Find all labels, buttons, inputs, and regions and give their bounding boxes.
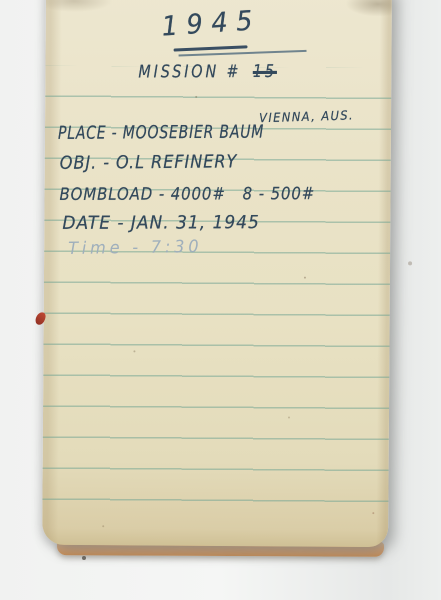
notebook-page: 1945 MISSION #15 VIENNA, AUS. PLACE - MO… bbox=[42, 0, 392, 547]
notebook-scan: 1945 MISSION #15 VIENNA, AUS. PLACE - MO… bbox=[0, 0, 441, 600]
mission-line: MISSION #15 bbox=[138, 62, 276, 83]
entry-date: DATE - JAN. 31, 1945 bbox=[62, 212, 260, 234]
bottom-speck bbox=[82, 556, 86, 560]
year-underline-secondary bbox=[179, 50, 307, 56]
entry-time-faded: Time - 7:30 bbox=[68, 237, 202, 259]
entry-objective: OBJ. - O.L REFINERY bbox=[60, 151, 238, 174]
location-note: VIENNA, AUS. bbox=[259, 107, 354, 125]
paper-specks bbox=[195, 96, 197, 98]
entry-place: PLACE - MOOSEBIER BAUM bbox=[58, 122, 264, 144]
mission-number-struck: 15 bbox=[253, 62, 277, 82]
year-underline bbox=[174, 45, 248, 51]
mission-label: MISSION # bbox=[138, 62, 241, 82]
year-heading: 1945 bbox=[161, 5, 262, 43]
entry-bombload: BOMBLOAD - 4000# 8 - 500# bbox=[60, 184, 316, 205]
